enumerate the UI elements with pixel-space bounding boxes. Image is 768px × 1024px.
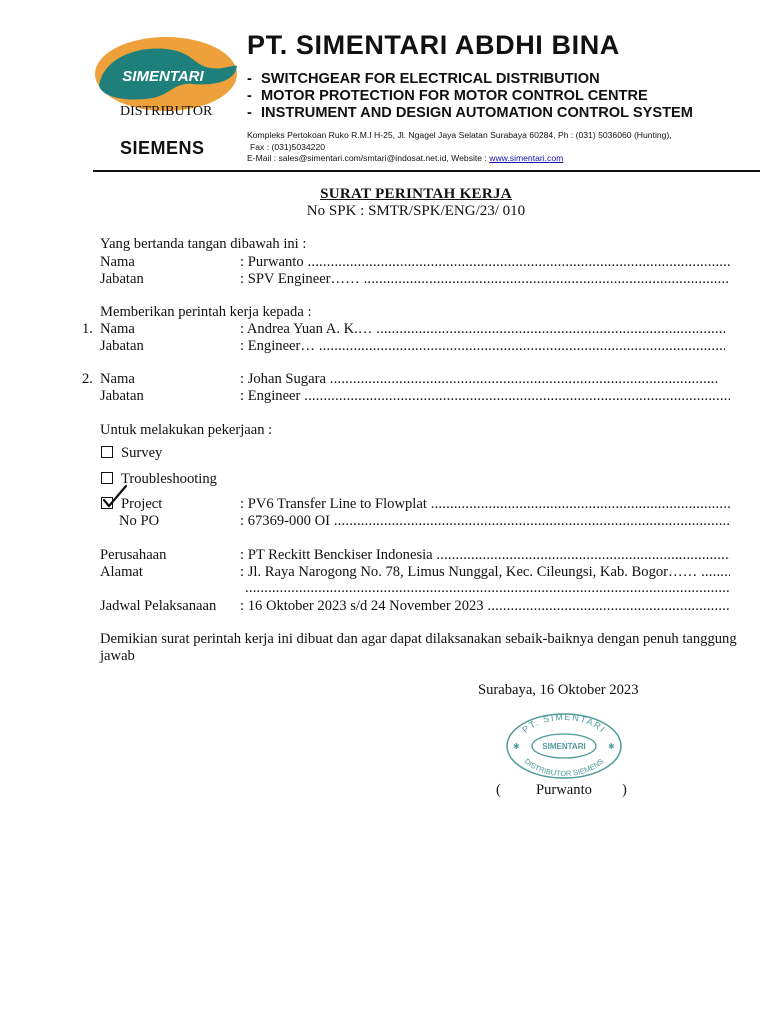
- email-website-line: E-Mail : sales@simentari.com/smtari@indo…: [247, 153, 672, 165]
- field-value: : PT Reckitt Benckiser Indonesia: [240, 547, 730, 564]
- place-date: Surabaya, 16 Oktober 2023: [478, 682, 639, 699]
- fax-line: Fax : (031)5034220: [247, 142, 672, 154]
- company-row: Perusahaan : PT Reckitt Benckiser Indone…: [100, 547, 730, 565]
- stamp-star-icon: ✱: [513, 742, 520, 751]
- assignee-1-name-row: 1. Nama : Andrea Yuan A. K.…: [100, 321, 725, 339]
- signer-name: Purwanto: [536, 782, 592, 799]
- field-value: : Jl. Raya Narogong No. 78, Limus Nungga…: [240, 564, 730, 581]
- field-value: : Engineer: [240, 388, 730, 405]
- signer-name-row: Nama : Purwanto: [100, 254, 730, 272]
- field-value: : 67369-000 OI: [240, 513, 730, 530]
- field-value: [245, 580, 730, 597]
- field-label: Jabatan: [100, 271, 144, 288]
- field-value: : Johan Sugara: [240, 371, 718, 388]
- closing-statement: Demikian surat perintah kerja ini dibuat…: [100, 631, 740, 665]
- assignee-1-position-row: Jabatan : Engineer…: [100, 338, 725, 356]
- list-number: 2.: [82, 371, 93, 388]
- field-label: Jadwal Pelaksanaan: [100, 598, 216, 615]
- logo-distributor-label: DISTRIBUTOR: [120, 104, 212, 120]
- svg-text:PT. SIMENTARI: PT. SIMENTARI: [520, 712, 608, 735]
- field-value: : Engineer…: [240, 338, 725, 355]
- service-item: -INSTRUMENT AND DESIGN AUTOMATION CONTRO…: [247, 105, 693, 122]
- document-title: SURAT PERINTAH KERJA: [0, 186, 768, 203]
- brand-siemens: SIEMENS: [120, 138, 205, 159]
- field-label: No PO: [119, 513, 159, 530]
- stamp-center-text: SIMENTARI: [542, 742, 585, 751]
- project-row: : PV6 Transfer Line to Flowplat: [100, 496, 730, 514]
- field-value: : 16 Oktober 2023 s/d 24 November 2023: [240, 598, 730, 615]
- assign-intro: Memberikan perintah kerja kepada :: [100, 304, 312, 321]
- checkbox-unchecked-icon: [101, 472, 113, 484]
- stamp-top-text: PT. SIMENTARI: [520, 712, 608, 735]
- stamp-bottom-text: DISTRIBUTOR SIEMENS: [523, 757, 606, 778]
- signer-intro: Yang bertanda tangan dibawah ini :: [100, 236, 306, 253]
- field-value: : SPV Engineer……: [240, 271, 730, 288]
- website-link[interactable]: www.simentari.com: [489, 153, 563, 163]
- contact-info: Kompleks Pertokoan Ruko R.M.I H-25, Jl. …: [247, 130, 672, 165]
- list-number: 1.: [82, 321, 93, 338]
- field-label: Jabatan: [100, 338, 144, 355]
- service-item: -SWITCHGEAR FOR ELECTRICAL DISTRIBUTION: [247, 71, 693, 88]
- company-name: PT. SIMENTARI ABDHI BINA: [247, 30, 620, 61]
- assignee-2-name-row: 2. Nama : Johan Sugara: [100, 371, 718, 389]
- header-divider: [93, 170, 760, 172]
- address-continuation-row: [100, 580, 730, 598]
- field-label: Perusahaan: [100, 547, 166, 564]
- field-label: Nama: [100, 371, 135, 388]
- field-label: Jabatan: [100, 388, 144, 405]
- checkbox-survey[interactable]: Survey: [101, 445, 162, 462]
- schedule-row: Jadwal Pelaksanaan : 16 Oktober 2023 s/d…: [100, 598, 730, 616]
- assignee-2-position-row: Jabatan : Engineer: [100, 388, 730, 406]
- field-value: : Purwanto: [240, 254, 730, 271]
- checkbox-unchecked-icon: [101, 446, 113, 458]
- service-item: -MOTOR PROTECTION FOR MOTOR CONTROL CENT…: [247, 88, 693, 105]
- logo-text: SIMENTARI: [122, 68, 204, 85]
- spk-number: No SPK : SMTR/SPK/ENG/23/ 010: [0, 203, 768, 220]
- address-line: Kompleks Pertokoan Ruko R.M.I H-25, Jl. …: [247, 130, 672, 142]
- field-label: Nama: [100, 254, 135, 271]
- field-label: Alamat: [100, 564, 143, 581]
- po-row: No PO : 67369-000 OI: [100, 513, 730, 531]
- svg-text:DISTRIBUTOR SIEMENS: DISTRIBUTOR SIEMENS: [523, 757, 606, 778]
- signer-position-row: Jabatan : SPV Engineer……: [100, 271, 730, 289]
- field-label: Nama: [100, 321, 135, 338]
- stamp-star-icon: ✱: [608, 742, 615, 751]
- field-value: : PV6 Transfer Line to Flowplat: [240, 496, 730, 513]
- company-stamp: PT. SIMENTARI SIMENTARI DISTRIBUTOR SIEM…: [505, 712, 623, 780]
- services-list: -SWITCHGEAR FOR ELECTRICAL DISTRIBUTION …: [247, 71, 693, 122]
- work-intro: Untuk melakukan pekerjaan :: [100, 422, 272, 439]
- field-value: : Andrea Yuan A. K.…: [240, 321, 725, 338]
